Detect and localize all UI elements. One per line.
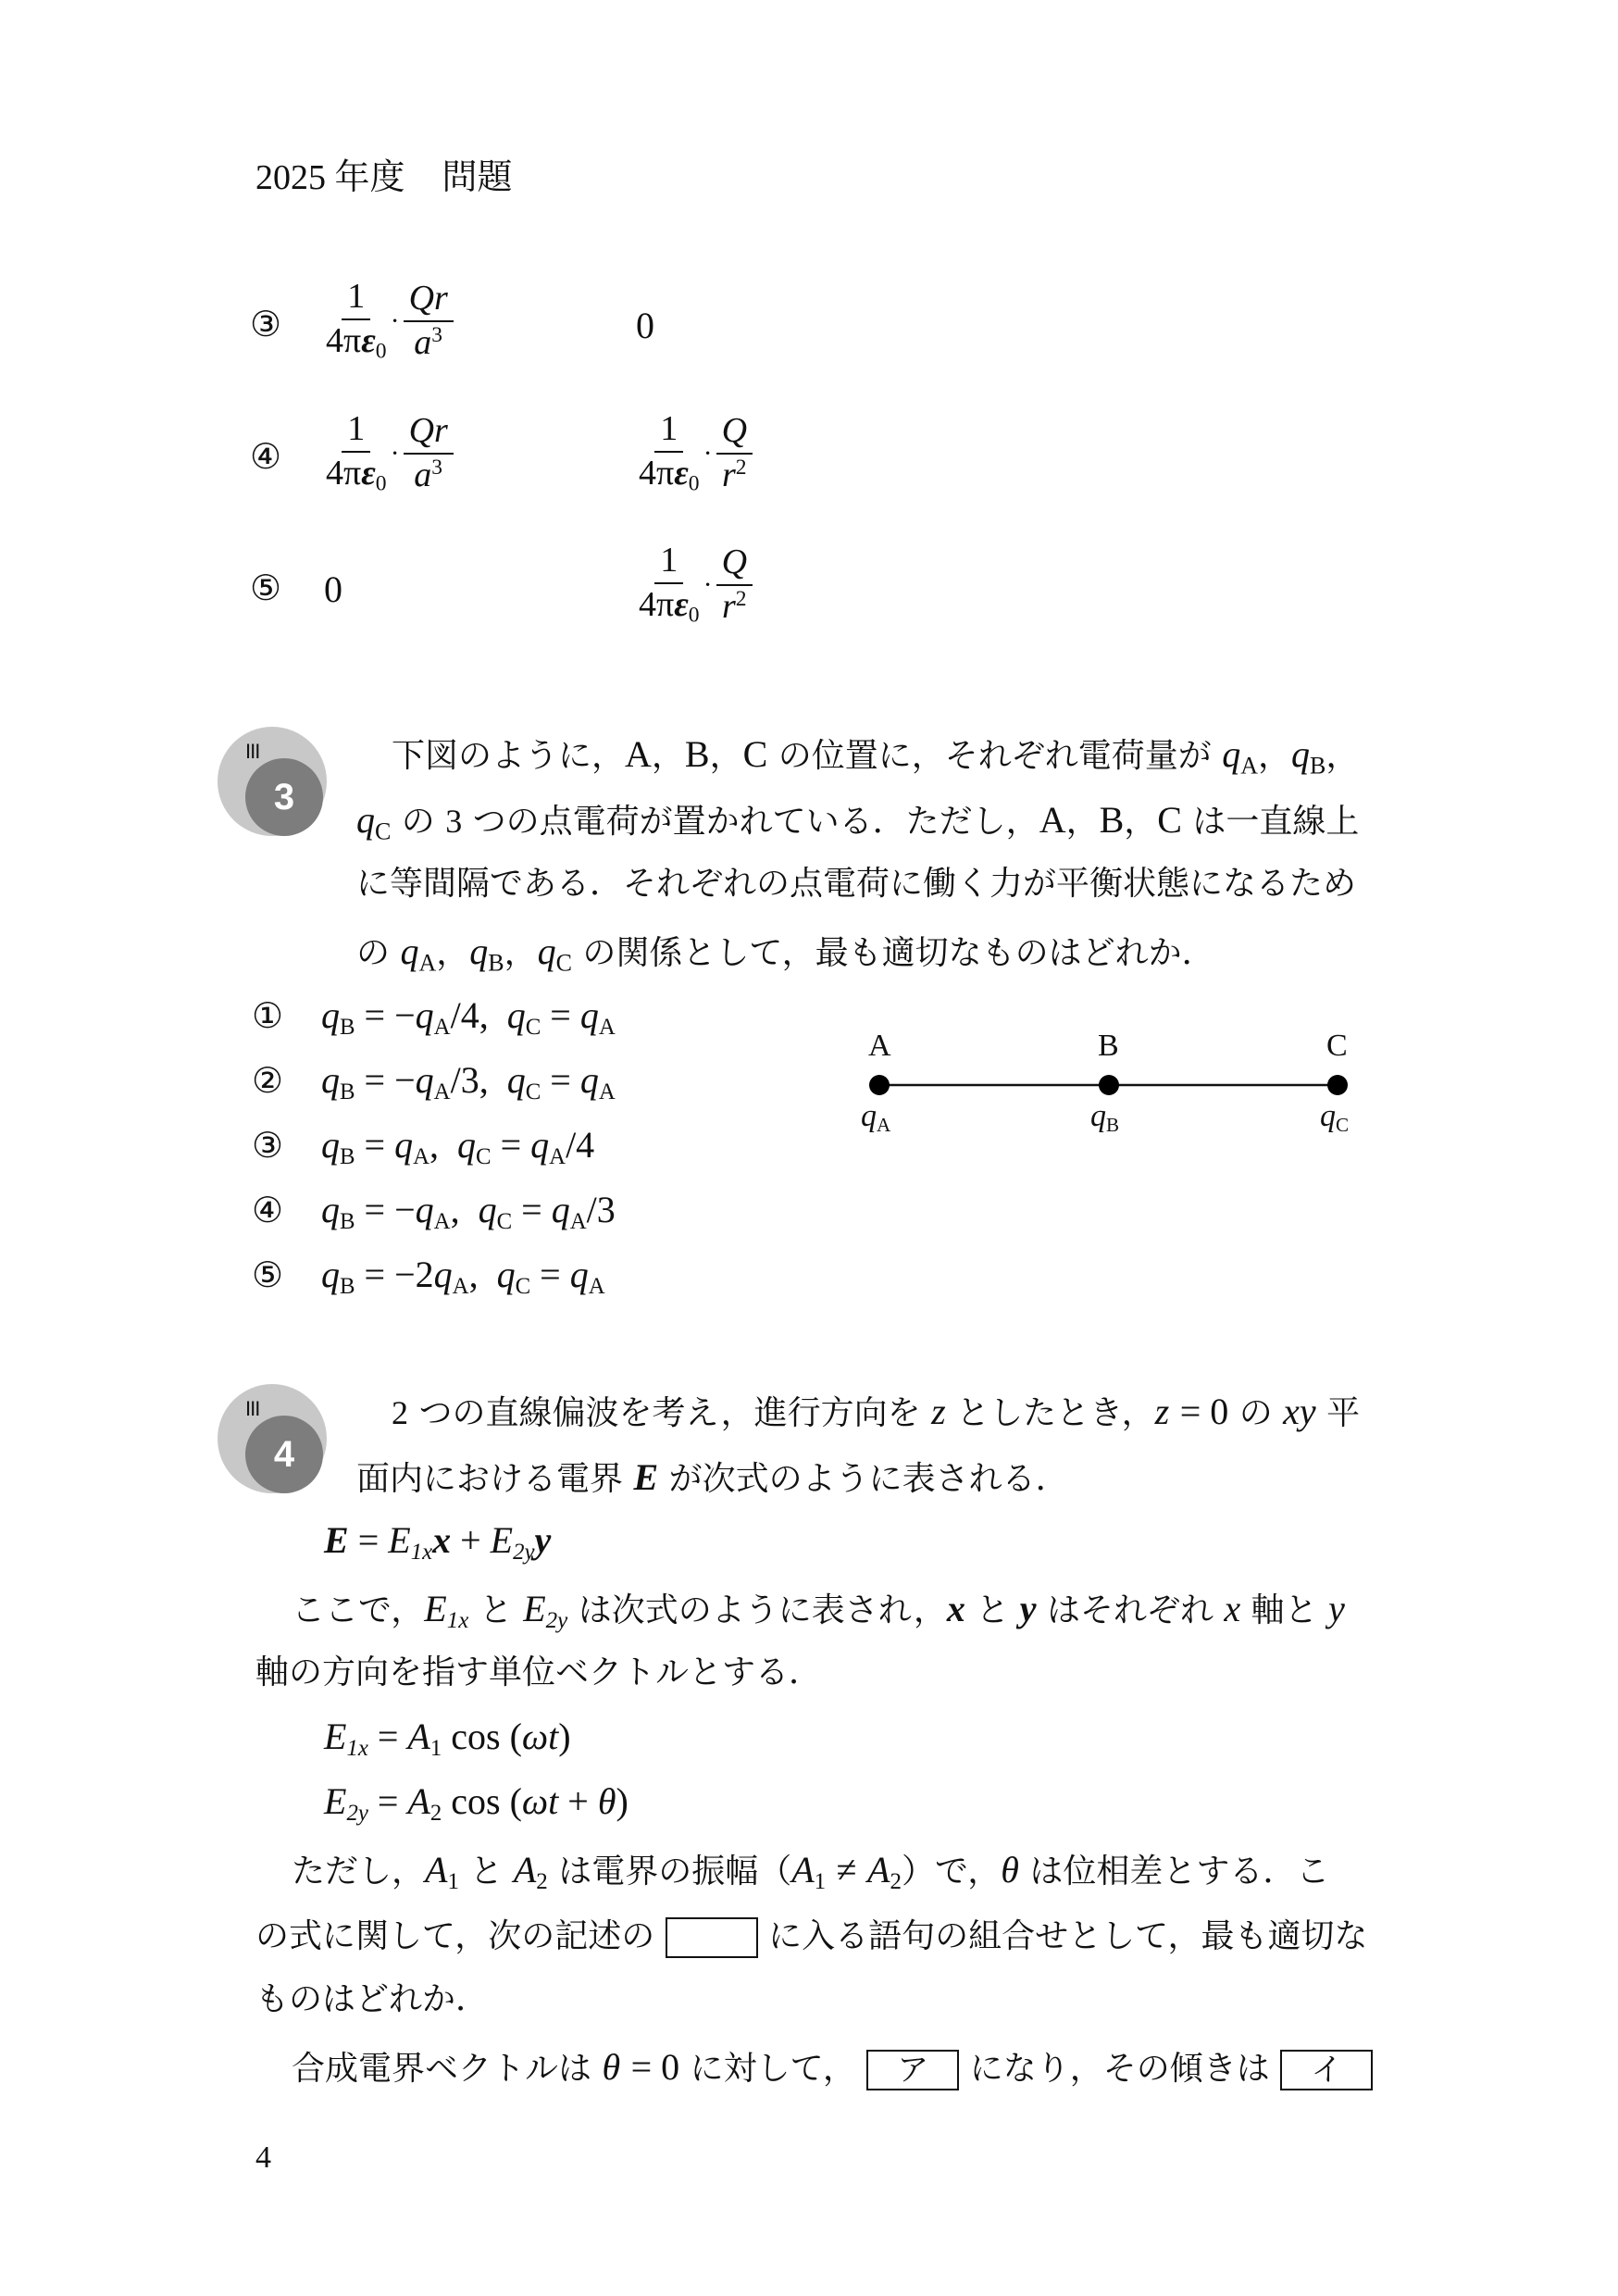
option-expression: qB = −qA/3, qC = qA	[321, 1058, 616, 1105]
option-expression: qB = qA, qC = qA/4	[321, 1123, 594, 1170]
option-expression: qB = −2qA, qC = qA	[321, 1253, 605, 1300]
option-number: ⑤	[252, 1254, 283, 1295]
point-label-c: C	[1326, 1029, 1348, 1064]
charge-label-a: qA	[861, 1099, 890, 1137]
question-badge-4: III 4	[218, 1384, 327, 1493]
charge-label-b: qB	[1090, 1099, 1119, 1137]
q3-line-2: qC の 3 つの点電荷が置かれている．ただし，A，B，C は一直線上	[356, 802, 1359, 843]
point-label-b: B	[1098, 1029, 1119, 1064]
fraction-expression: 14πε0 · Qr2	[637, 542, 754, 628]
option-number: ⑤	[250, 568, 281, 608]
badge-section-numeral: III	[245, 740, 259, 764]
option-number: ③	[252, 1125, 283, 1166]
q3-option-5[interactable]: ⑤ qB = −2qA, qC = qA	[252, 1254, 283, 1295]
q4-equation-e2y: E2y = A2 cos (ωt + θ)	[324, 1779, 629, 1827]
q4-equation-main: E = E1xx + E2yy	[324, 1518, 551, 1566]
q3-option-1[interactable]: ① qB = −qA/4, qC = qA	[252, 995, 283, 1036]
q4-statement: 合成電界ベクトルは θ = 0 に対して， ア になり，その傾きは イ	[292, 2049, 1373, 2090]
page-header: 2025 年度問題	[255, 148, 513, 199]
q4-explain-line-2: 軸の方向を指す単位ベクトルとする．	[255, 1656, 822, 1690]
fraction-expression: 14πε0 · Qra3	[324, 410, 455, 496]
q3-option-4[interactable]: ④ qB = −qA, qC = qA/3	[252, 1190, 283, 1230]
point-label-a: A	[868, 1029, 891, 1064]
option-number: ③	[250, 304, 281, 344]
charge-diagram: A B C qA qB qC	[861, 1032, 1370, 1143]
badge-number: 3	[245, 758, 323, 836]
option-number: ②	[252, 1060, 283, 1101]
q3-option-2[interactable]: ② qB = −qA/3, qC = qA	[252, 1060, 283, 1101]
prev-option-3: ③ 14πε0 · Qra3 0	[250, 278, 1176, 370]
q3-line-3: に等間隔である．それぞれの点電荷に働く力が平衡状態になるため	[356, 867, 1356, 901]
option-number: ④	[252, 1190, 283, 1230]
badge-number: 4	[245, 1416, 323, 1493]
blank-placeholder-box	[666, 1917, 758, 1958]
header-label: 問題	[442, 156, 513, 197]
q3-line-4: の qA，qB，qC の関係として，最も適切なものはどれか．	[356, 933, 1215, 975]
charge-label-c: qC	[1320, 1099, 1349, 1137]
q4-intro-line-1: 2 つの直線偏波を考え，進行方向を z としたとき，z = 0 の xy 平	[356, 1393, 1360, 1430]
option-number: ①	[252, 995, 283, 1036]
option-expression: qB = −qA/4, qC = qA	[321, 993, 616, 1041]
option-value: 0	[636, 304, 654, 347]
q4-intro-line-2: 面内における電界 E が次式のように表される．	[356, 1459, 1069, 1496]
q4-equation-e1x: E1x = A1 cos (ωt)	[324, 1715, 571, 1762]
badge-section-numeral: III	[245, 1397, 259, 1421]
q4-condition-line-3: ものはどれか．	[255, 1983, 489, 2016]
option-expression: qB = −qA, qC = qA/3	[321, 1188, 616, 1235]
prev-option-5: ⑤ 0 14πε0 · Qr2	[250, 542, 1176, 634]
blank-i[interactable]: イ	[1280, 2050, 1373, 2090]
q3-line-1: 下図のように，A，B，C の位置に，それぞれ電荷量が qA，qB，	[356, 736, 1359, 778]
fraction-expression: 14πε0 · Qra3	[324, 278, 455, 364]
q4-condition-line-2: の式に関して，次の記述の に入る語句の組合せとして，最も適切な	[255, 1917, 1367, 1958]
option-value: 0	[324, 568, 342, 611]
option-number: ④	[250, 436, 281, 477]
header-year: 2025 年度	[255, 158, 405, 197]
page-number: 4	[255, 2140, 271, 2176]
q4-condition-line-1: ただし，A1 と A2 は電界の振幅（A1 ≠ A2）で，θ は位相差とする．こ	[292, 1852, 1329, 1893]
question-badge-3: III 3	[218, 727, 327, 836]
fraction-expression: 14πε0 · Qr2	[637, 410, 754, 496]
blank-a[interactable]: ア	[866, 2050, 959, 2090]
prev-option-4: ④ 14πε0 · Qra3 14πε0 · Qr2	[250, 410, 1176, 503]
q4-explain-line-1: ここで，E1x と E2y は次式のように表され，x と y はそれぞれ x 軸…	[292, 1591, 1345, 1632]
q3-option-3[interactable]: ③ qB = qA, qC = qA/4	[252, 1125, 283, 1166]
